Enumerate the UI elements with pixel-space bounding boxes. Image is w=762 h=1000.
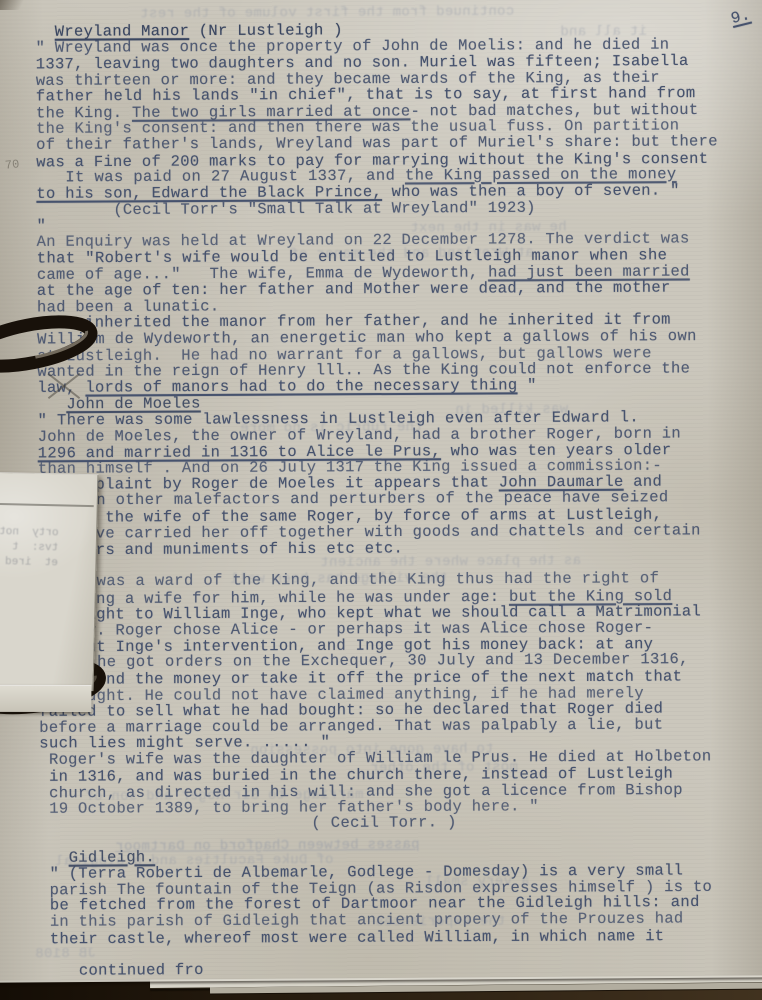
typed-text: Wreyland Manor (Nr Lustleigh )" Wreyland… — [36, 20, 753, 979]
pencil-x-mark — [44, 372, 84, 400]
folded-page-flap: orty not tvs: t et ired — [0, 473, 98, 691]
typed-line: certain other malefactors and perturbers… — [38, 489, 750, 509]
typed-line: than himself . And on 26 July 1317 the K… — [38, 457, 750, 477]
flap-showthrough-text: orty not tvs: t et ired — [0, 525, 59, 571]
pencil-margin-note: 70 — [4, 157, 20, 172]
corner-smudge — [0, 0, 30, 10]
flap-fold-edge — [0, 685, 91, 712]
typed-line: came of age..." The wife, Emma de Wydewo… — [37, 263, 749, 283]
typed-line: wanted in the reign of Henry lll.. As th… — [37, 360, 749, 380]
flap-rule-line — [0, 503, 94, 507]
typed-line: rate, he got orders on the Exchequer, 30… — [39, 651, 751, 671]
typed-line: choosing a wife for him, while he was un… — [38, 587, 750, 607]
typed-line: It was paid on 27 August 1337, and the K… — [36, 165, 748, 185]
typed-line: Roger's wife was the daughter of William… — [39, 749, 751, 769]
